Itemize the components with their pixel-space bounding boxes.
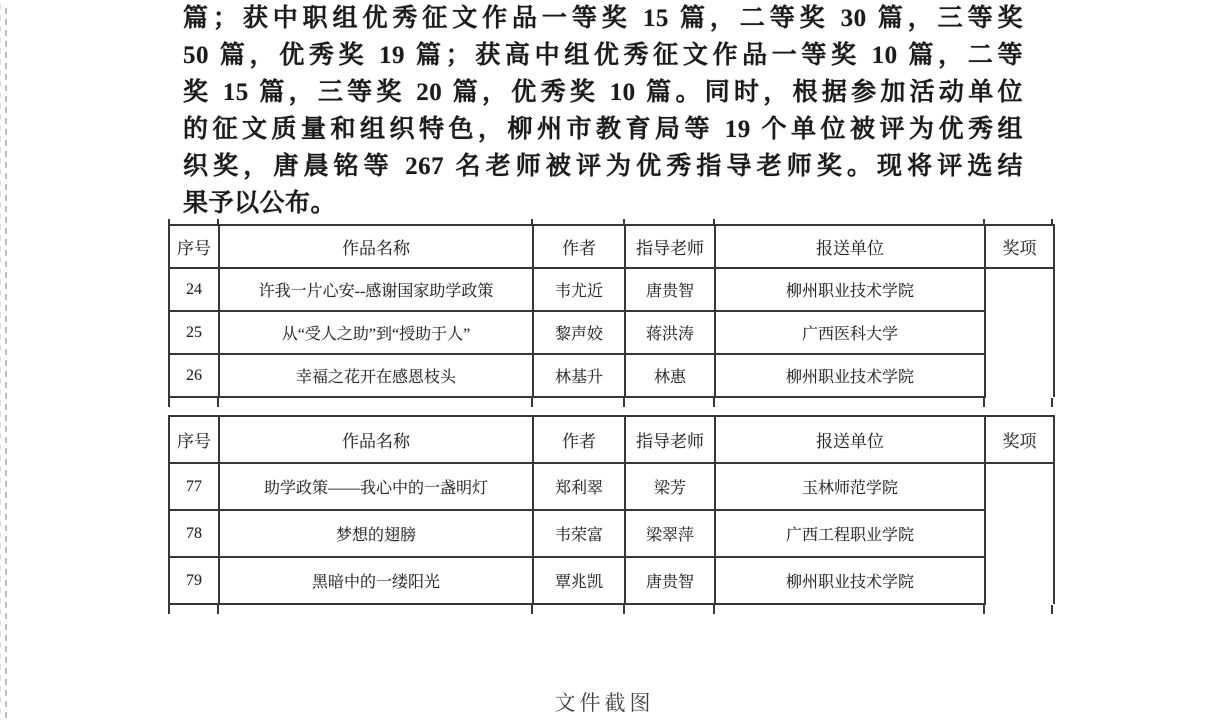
paragraph-line: 果予以公布。: [183, 185, 1023, 222]
col-header-no: 序号: [169, 416, 219, 463]
crop-mark: [713, 219, 715, 224]
crop-mark: [168, 605, 170, 614]
cell-title: 幸福之花开在感恩枝头: [219, 354, 533, 397]
cell-author: 林基升: [533, 354, 625, 397]
cell-title: 许我一片心安--感谢国家助学政策: [219, 268, 533, 311]
left-dashed-border: [5, 8, 7, 720]
cell-no: 25: [169, 311, 219, 354]
cell-author: 覃兆凯: [533, 557, 625, 604]
crop-mark: [713, 398, 715, 407]
table-row: 25 从“受人之助”到“授助于人” 黎声姣 蒋洪涛 广西医科大学: [169, 311, 1054, 354]
col-header-title: 作品名称: [219, 416, 533, 463]
awards-table-1-grid: 序号 作品名称 作者 指导老师 报送单位 奖项 24 许我一片心安--感谢国家助…: [168, 224, 1055, 398]
table-header-row: 序号 作品名称 作者 指导老师 报送单位 奖项: [169, 225, 1054, 268]
paragraph-line: 篇；获中职组优秀征文作品一等奖 15 篇，二等奖 30 篇，三等奖: [183, 0, 1023, 37]
paragraph-line: 50 篇，优秀奖 19 篇；获高中组优秀征文作品一等奖 10 篇，二等: [183, 37, 1023, 74]
cell-author: 郑利翠: [533, 463, 625, 510]
cell-award-merged: [985, 463, 1054, 604]
paragraph-line: 奖 15 篇，三等奖 20 篇，优秀奖 10 篇。同时，根据参加活动单位: [183, 74, 1023, 111]
crop-mark: [217, 219, 219, 224]
image-caption: 文件截图: [0, 687, 1209, 717]
cell-title: 从“受人之助”到“授助于人”: [219, 311, 533, 354]
col-header-teacher: 指导老师: [625, 416, 715, 463]
crop-mark: [217, 398, 219, 407]
col-header-award: 奖项: [985, 225, 1054, 268]
awards-table-2: 序号 作品名称 作者 指导老师 报送单位 奖项 77 助学政策——我心中的一盏明…: [168, 415, 1053, 605]
cell-author: 黎声姣: [533, 311, 625, 354]
cell-unit: 柳州职业技术学院: [715, 354, 985, 397]
document-page: 篇；获中职组优秀征文作品一等奖 15 篇，二等奖 30 篇，三等奖 50 篇，优…: [0, 0, 1209, 724]
awards-table-1: 序号 作品名称 作者 指导老师 报送单位 奖项 24 许我一片心安--感谢国家助…: [168, 224, 1053, 398]
crop-mark: [1051, 605, 1053, 614]
table-header-row: 序号 作品名称 作者 指导老师 报送单位 奖项: [169, 416, 1054, 463]
col-header-author: 作者: [533, 225, 625, 268]
crop-mark: [531, 605, 533, 614]
cell-no: 24: [169, 268, 219, 311]
crop-mark: [531, 219, 533, 224]
cell-award-merged: [985, 268, 1054, 397]
col-header-author: 作者: [533, 416, 625, 463]
col-header-award: 奖项: [985, 416, 1054, 463]
table-row: 24 许我一片心安--感谢国家助学政策 韦尤近 唐贵智 柳州职业技术学院: [169, 268, 1054, 311]
crop-mark: [531, 398, 533, 407]
awards-table-2-grid: 序号 作品名称 作者 指导老师 报送单位 奖项 77 助学政策——我心中的一盏明…: [168, 415, 1055, 605]
cell-unit: 玉林师范学院: [715, 463, 985, 510]
cell-teacher: 唐贵智: [625, 557, 715, 604]
cell-no: 26: [169, 354, 219, 397]
table-row: 77 助学政策——我心中的一盏明灯 郑利翠 梁芳 玉林师范学院: [169, 463, 1054, 510]
crop-mark: [623, 605, 625, 614]
col-header-teacher: 指导老师: [625, 225, 715, 268]
document-paragraph: 篇；获中职组优秀征文作品一等奖 15 篇，二等奖 30 篇，三等奖 50 篇，优…: [183, 0, 1023, 222]
paragraph-line: 的征文质量和组织特色，柳州市教育局等 19 个单位被评为优秀组: [183, 111, 1023, 148]
cell-title: 梦想的翅膀: [219, 510, 533, 557]
crop-mark: [623, 219, 625, 224]
table-row: 79 黑暗中的一缕阳光 覃兆凯 唐贵智 柳州职业技术学院: [169, 557, 1054, 604]
cell-teacher: 梁芳: [625, 463, 715, 510]
cell-title: 黑暗中的一缕阳光: [219, 557, 533, 604]
crop-mark: [168, 398, 170, 407]
col-header-unit: 报送单位: [715, 416, 985, 463]
crop-mark: [1051, 398, 1053, 407]
cell-teacher: 蒋洪涛: [625, 311, 715, 354]
cell-title: 助学政策——我心中的一盏明灯: [219, 463, 533, 510]
col-header-no: 序号: [169, 225, 219, 268]
cell-author: 韦尤近: [533, 268, 625, 311]
paragraph-line: 织奖，唐晨铭等 267 名老师被评为优秀指导老师奖。现将评选结: [183, 148, 1023, 185]
cell-teacher: 林惠: [625, 354, 715, 397]
crop-mark: [623, 398, 625, 407]
cell-unit: 柳州职业技术学院: [715, 268, 985, 311]
crop-mark: [217, 605, 219, 614]
cell-no: 78: [169, 510, 219, 557]
cell-no: 77: [169, 463, 219, 510]
col-header-title: 作品名称: [219, 225, 533, 268]
table-row: 26 幸福之花开在感恩枝头 林基升 林惠 柳州职业技术学院: [169, 354, 1054, 397]
crop-mark: [713, 605, 715, 614]
col-header-unit: 报送单位: [715, 225, 985, 268]
crop-mark: [1051, 219, 1053, 224]
crop-mark: [168, 219, 170, 224]
cell-unit: 广西医科大学: [715, 311, 985, 354]
cell-author: 韦荣富: [533, 510, 625, 557]
cell-teacher: 唐贵智: [625, 268, 715, 311]
cell-no: 79: [169, 557, 219, 604]
left-dashed-border-outer: [0, 4, 1, 720]
crop-mark: [983, 605, 985, 614]
cell-teacher: 梁翠萍: [625, 510, 715, 557]
crop-mark: [983, 219, 985, 224]
crop-mark: [983, 398, 985, 407]
cell-unit: 柳州职业技术学院: [715, 557, 985, 604]
table-row: 78 梦想的翅膀 韦荣富 梁翠萍 广西工程职业学院: [169, 510, 1054, 557]
cell-unit: 广西工程职业学院: [715, 510, 985, 557]
